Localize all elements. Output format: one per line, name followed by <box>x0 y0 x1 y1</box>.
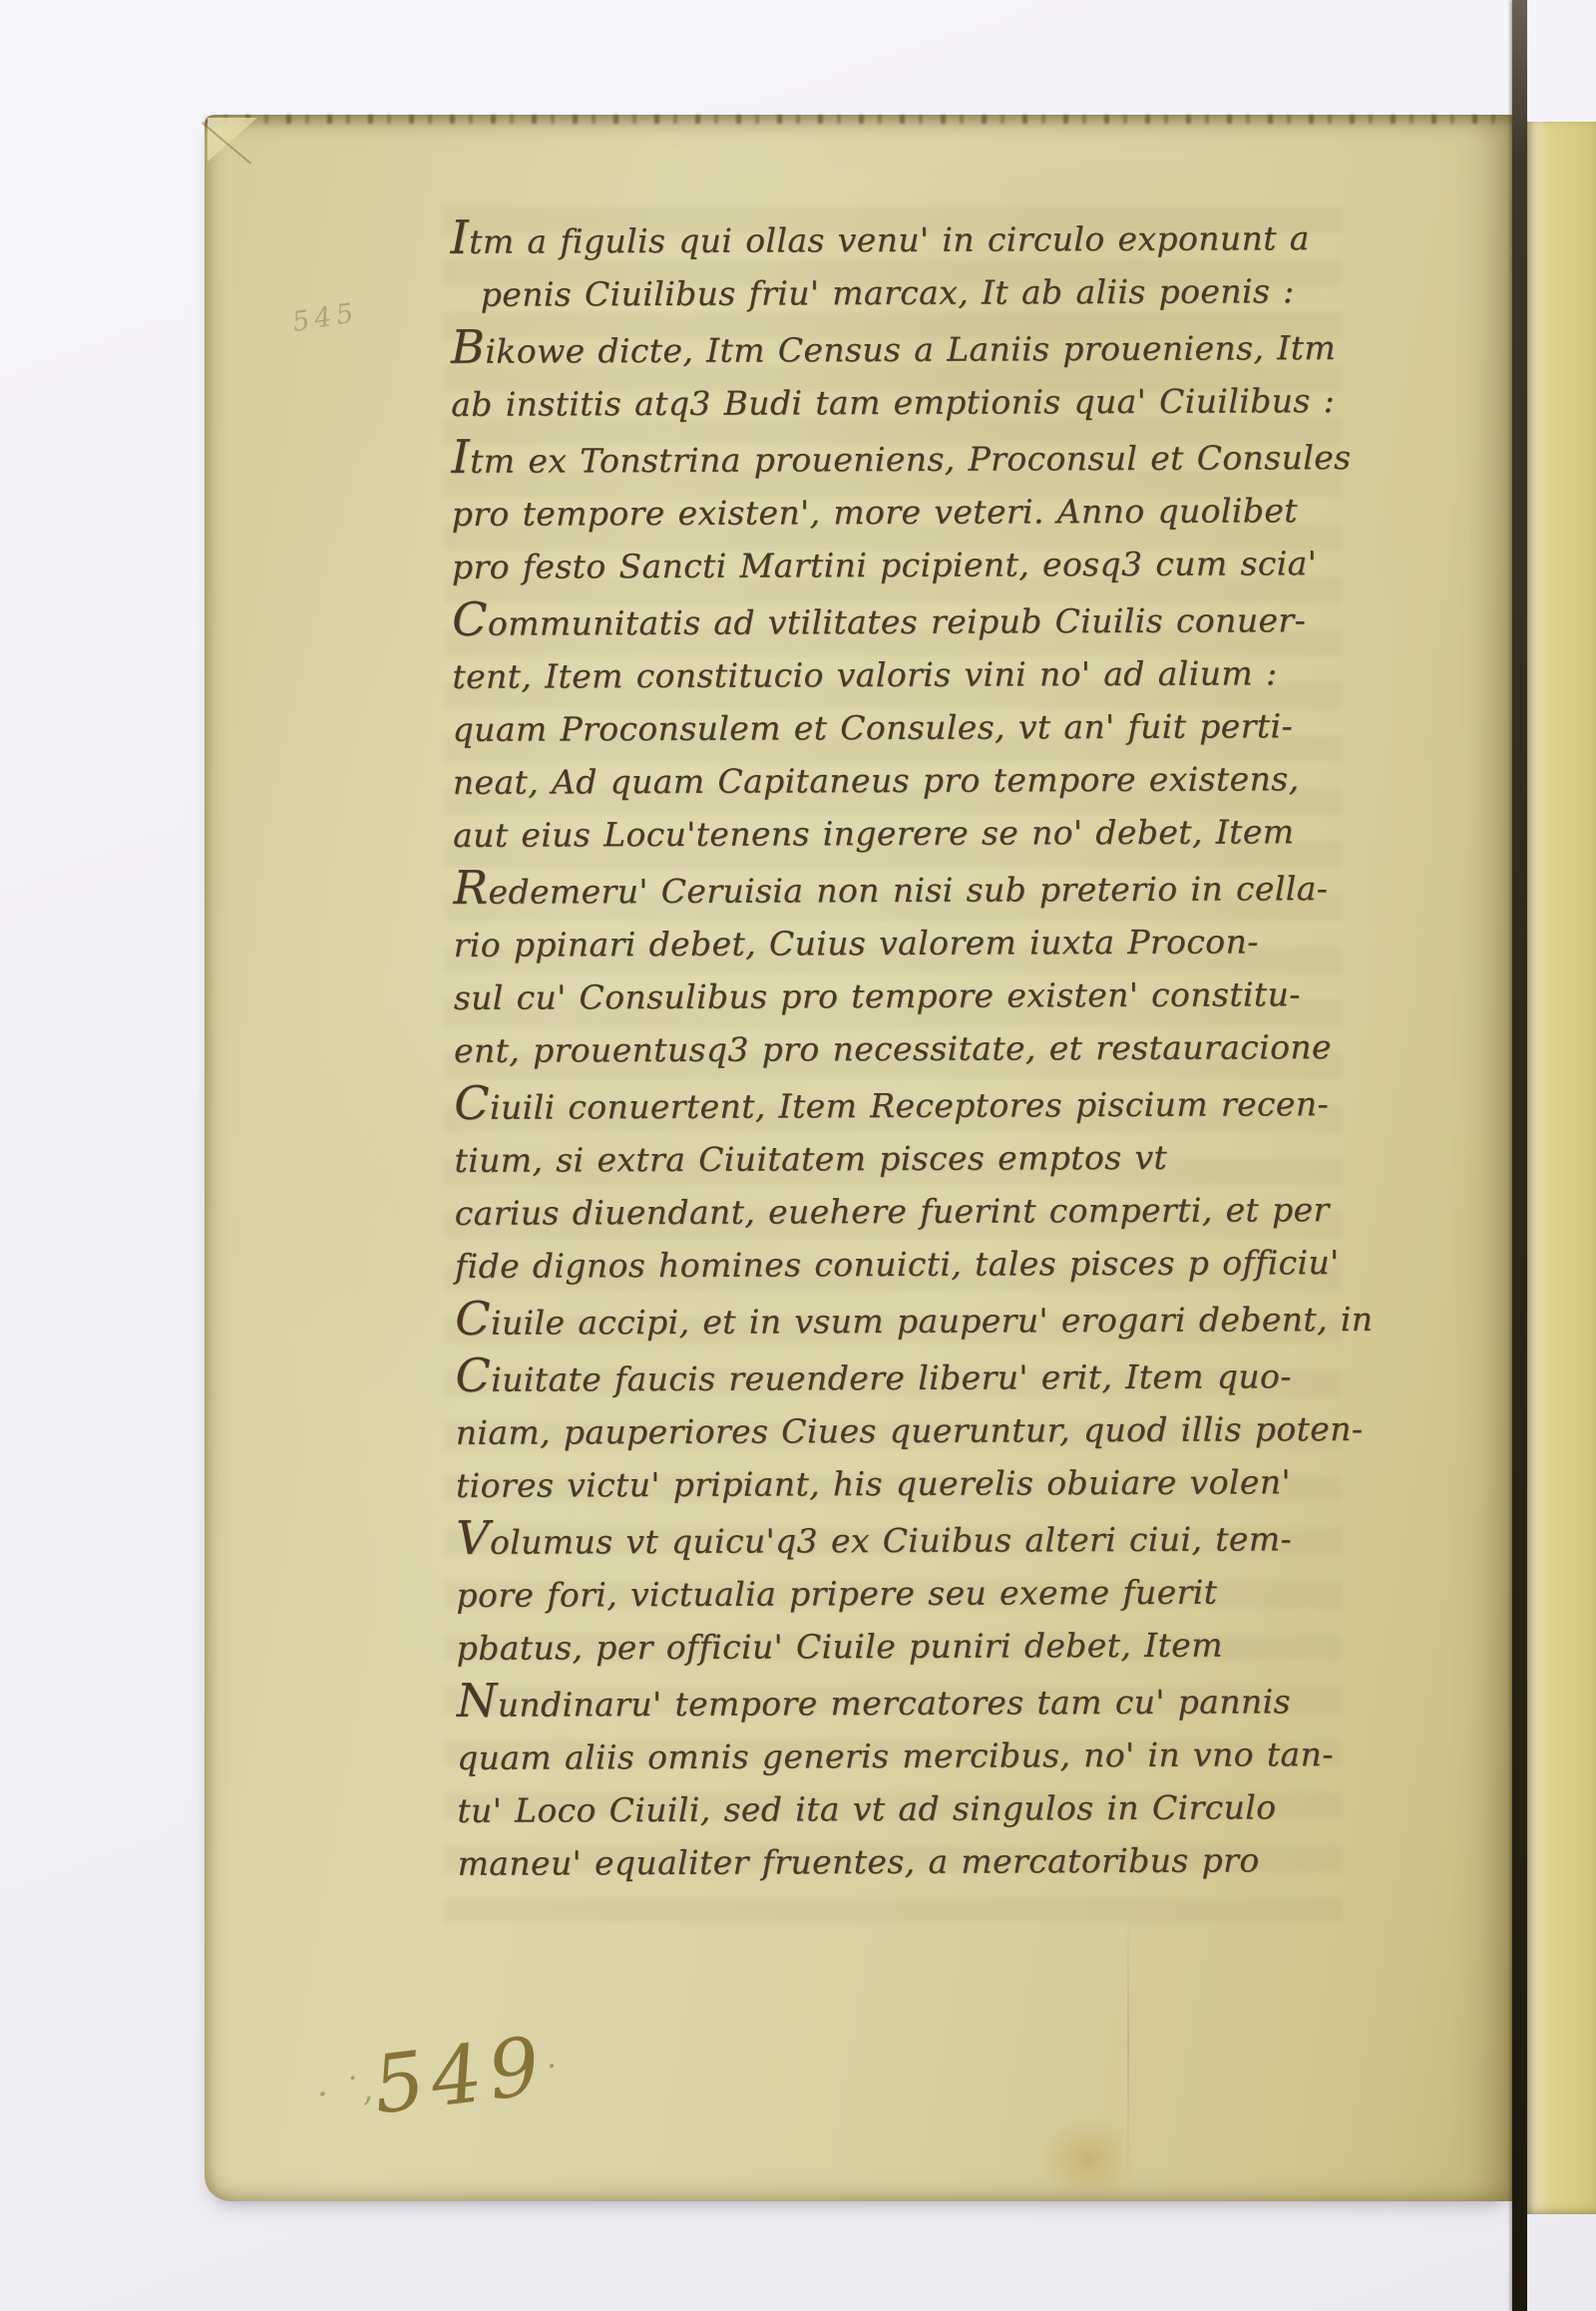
manuscript-line: tent, Item constitucio valoris vini no' … <box>452 646 1330 703</box>
manuscript-line: tu' Loco Ciuili, sed ita vt ad singulos … <box>457 1780 1335 1837</box>
manuscript-line: Ciuile accipi, et in vsum pauperu' eroga… <box>455 1289 1333 1349</box>
manuscript-line: pbatus, per officiu' Ciuile puniri debet… <box>457 1618 1335 1675</box>
page-top-darkened-edge <box>204 115 1514 124</box>
marginal-number: 545 <box>290 297 361 338</box>
manuscript-line: Redemeru' Ceruisia non nisi sub preterio… <box>453 858 1331 919</box>
parchment-stain <box>1040 2118 1136 2201</box>
binding-gutter-shadow <box>1512 0 1527 2311</box>
manuscript-line: pro tempore existen', more veteri. Anno … <box>452 484 1330 541</box>
folio-number-digits: 549 <box>368 2019 552 2131</box>
manuscript-line: ab institis atq3 Budi tam emptionis qua'… <box>451 374 1329 431</box>
manuscript-line: maneu' equaliter fruentes, a mercatoribu… <box>457 1833 1335 1890</box>
manuscript-line: carius diuendant, euehere fuerint comper… <box>455 1183 1333 1240</box>
manuscript-line: fide dignos homines conuicti, tales pisc… <box>455 1236 1333 1293</box>
manuscript-line: Ciuili conuertent, Item Receptores pisci… <box>454 1073 1332 1134</box>
manuscript-line: ent, prouentusq3 pro necessitate, et res… <box>454 1020 1332 1077</box>
manuscript-line: penis Ciuilibus friu' marcax, It ab alii… <box>481 264 1329 321</box>
manuscript-line: Volumus vt quicu'q3 ex Ciuibus alteri ci… <box>456 1508 1334 1569</box>
manuscript-page: 545 Itm a figulis qui ollas venu' in cir… <box>204 115 1514 2201</box>
scan-background: { "document": { "kind": "handwritten man… <box>0 0 1596 2311</box>
manuscript-line: pro festo Sancti Martini pcipient, eosq3… <box>452 537 1330 593</box>
parchment-crease <box>1127 1900 1129 2189</box>
manuscript-line: aut eius Locu'tenens ingerere se no' deb… <box>453 805 1331 862</box>
manuscript-line: quam Proconsulem et Consules, vt an' fui… <box>452 699 1330 756</box>
manuscript-line: rio ppinari debet, Cuius valorem iuxta P… <box>453 915 1331 971</box>
next-page-fore-edge <box>1527 122 1596 2214</box>
manuscript-line: Communitatis ad vtilitates reipub Ciuili… <box>452 589 1330 650</box>
manuscript-line: sul cu' Consulibus pro tempore existen' … <box>454 967 1332 1024</box>
manuscript-line: pore fori, victualia pripere seu exeme f… <box>456 1565 1334 1622</box>
manuscript-line: Itm ex Tonstrina proueniens, Proconsul e… <box>451 427 1329 488</box>
manuscript-line: Nundinaru' tempore mercatores tam cu' pa… <box>457 1671 1335 1732</box>
manuscript-text-block: Itm a figulis qui ollas venu' in circulo… <box>450 207 1335 1890</box>
folio-number: · ˙,549· <box>311 2017 564 2138</box>
corner-fold-mark <box>207 118 257 162</box>
folio-prefix-marks: · ˙, <box>315 2069 377 2116</box>
manuscript-line: niam, pauperiores Ciues queruntur, quod … <box>456 1402 1334 1459</box>
manuscript-line: Itm a figulis qui ollas venu' in circulo… <box>450 207 1328 268</box>
manuscript-line: Ciuitate faucis reuendere liberu' erit, … <box>455 1346 1333 1406</box>
manuscript-line: Bikowe dicte, Itm Census a Laniis prouen… <box>451 317 1329 378</box>
manuscript-line: tium, si extra Ciuitatem pisces emptos v… <box>454 1130 1332 1187</box>
manuscript-line: neat, Ad quam Capitaneus pro tempore exi… <box>453 752 1331 809</box>
manuscript-line: quam aliis omnis generis mercibus, no' i… <box>457 1728 1335 1784</box>
manuscript-line: tiores victu' pripiant, his querelis obu… <box>456 1455 1334 1512</box>
